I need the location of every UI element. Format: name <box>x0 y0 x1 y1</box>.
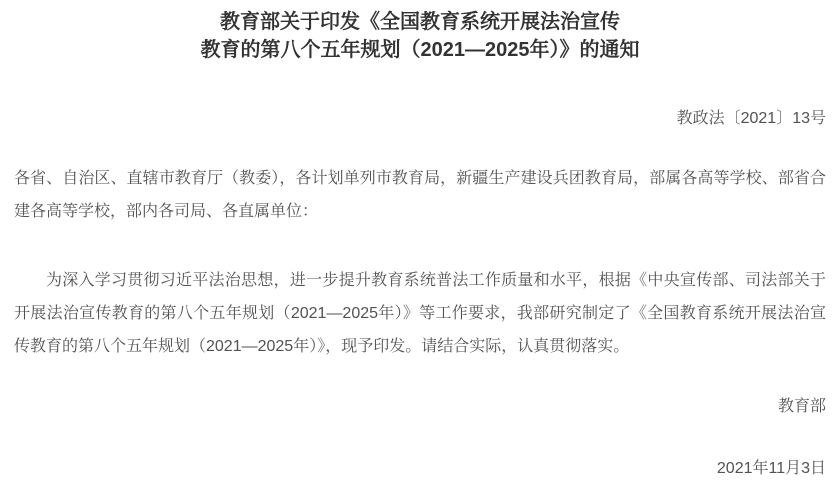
body-paragraph: 为深入学习贯彻习近平法治思想，进一步提升教育系统普法工作质量和水平，根据《中央宣… <box>14 264 826 363</box>
issue-date: 2021年11月3日 <box>14 459 826 479</box>
document-number: 教政法〔2021〕13号 <box>14 108 826 130</box>
addressee-paragraph: 各省、自治区、直辖市教育厅（教委），各计划单列市教育局，新疆生产建设兵团教育局，… <box>14 162 826 228</box>
document-title-line-2: 教育的第八个五年规划（2021—2025年）》的通知 <box>14 36 826 64</box>
issuer-signature: 教育部 <box>14 397 826 417</box>
document-title-line-1: 教育部关于印发《全国教育系统开展法治宣传 <box>14 8 826 36</box>
document-title: 教育部关于印发《全国教育系统开展法治宣传 教育的第八个五年规划（2021—202… <box>14 8 826 64</box>
notice-document-page: 教育部关于印发《全国教育系统开展法治宣传 教育的第八个五年规划（2021—202… <box>0 0 839 480</box>
